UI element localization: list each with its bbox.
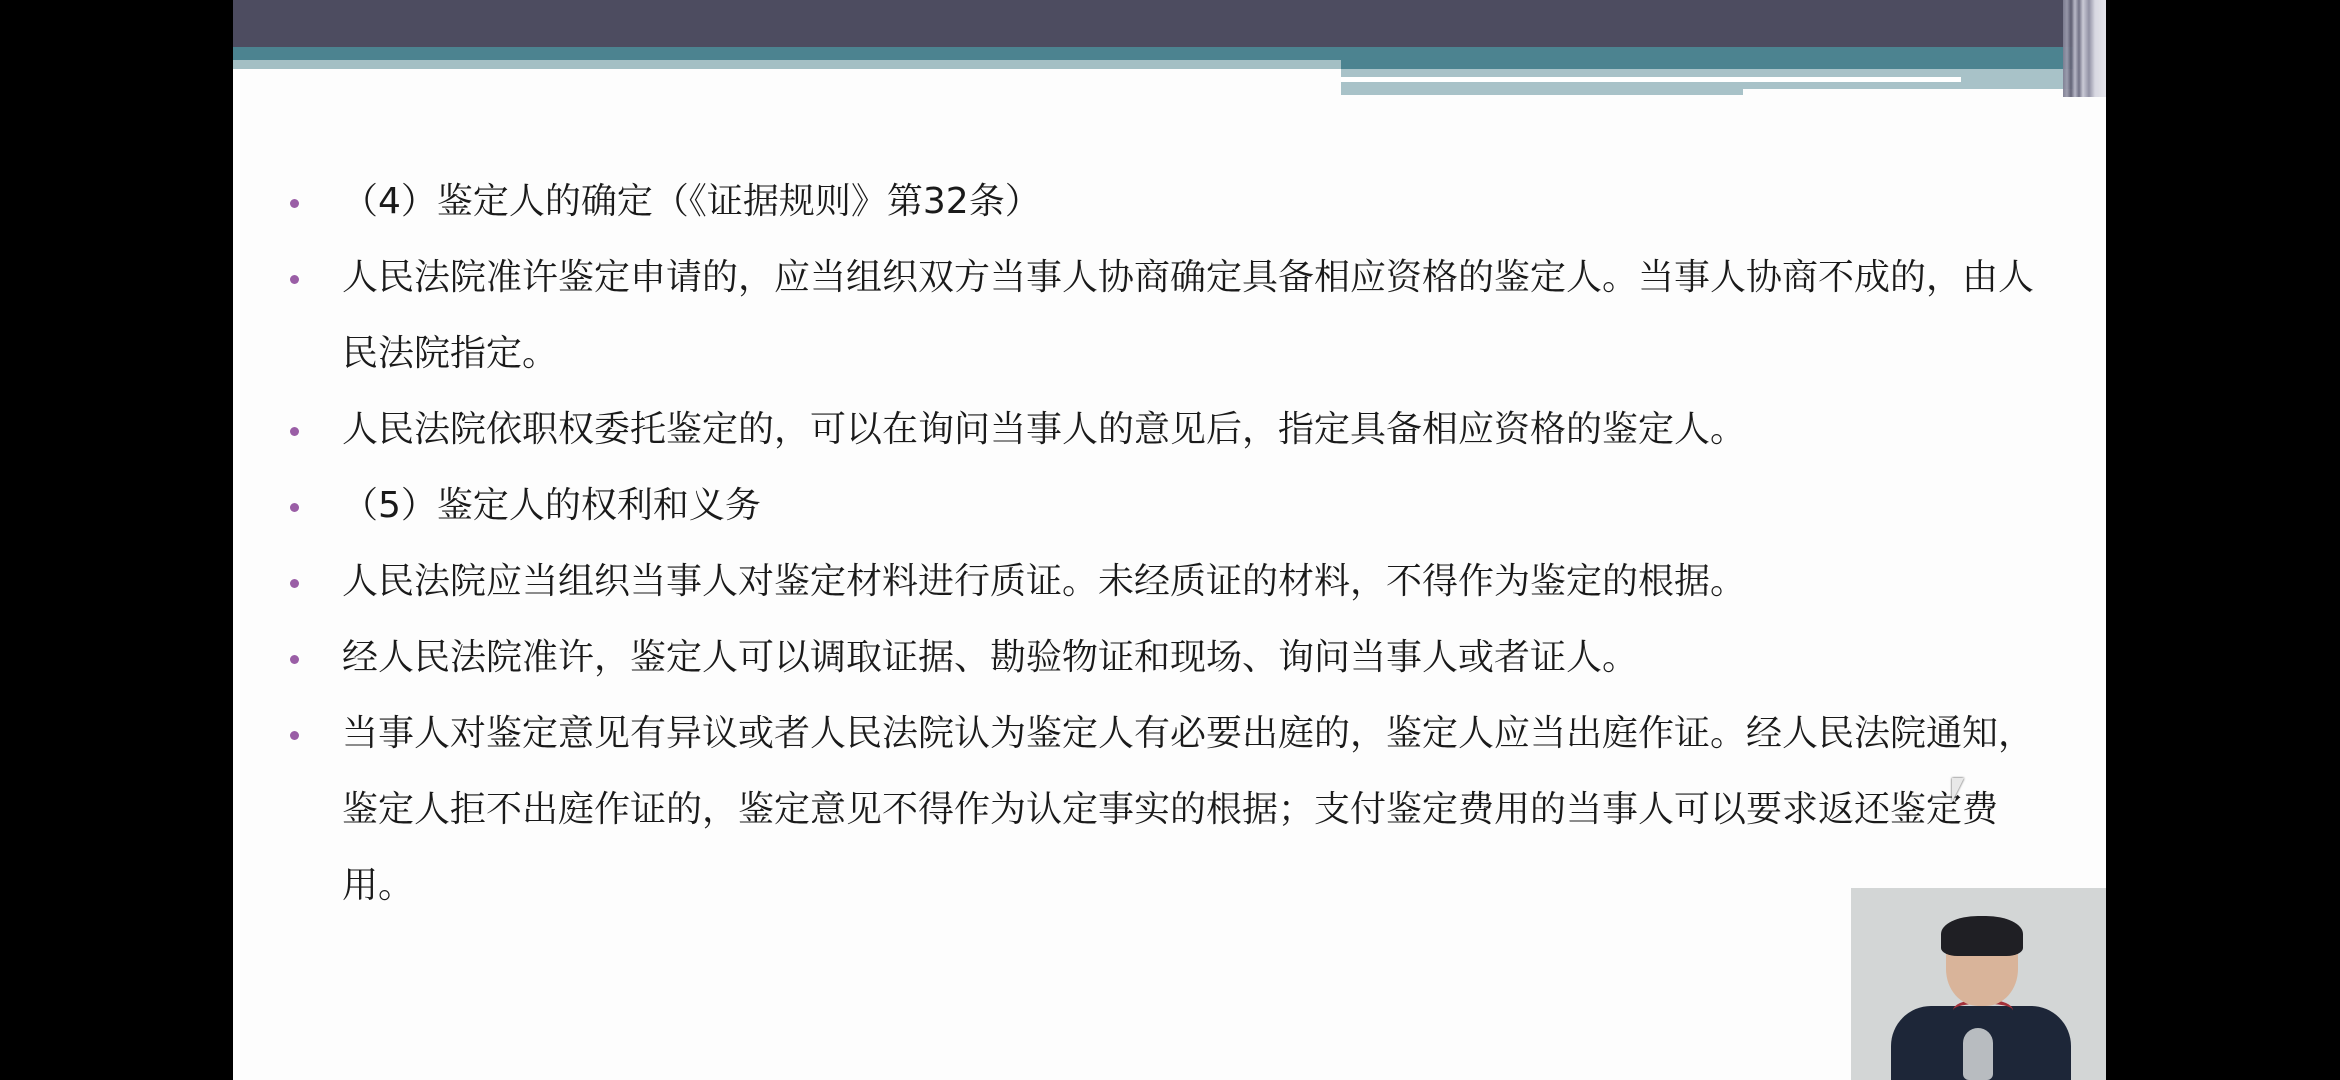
slide-header-edge-stripes xyxy=(2063,0,2106,97)
bullet-dot-icon xyxy=(290,731,299,740)
microphone-icon xyxy=(1963,1028,1993,1080)
slide-bullet-list: （4）鉴定人的确定（《证据规则》第32条） 人民法院准许鉴定申请的，应当组织双方… xyxy=(328,164,2048,924)
bullet-item: 人民法院应当组织当事人对鉴定材料进行质证。未经质证的材料，不得作为鉴定的根据。 xyxy=(328,544,2048,620)
presentation-slide: （4）鉴定人的确定（《证据规则》第32条） 人民法院准许鉴定申请的，应当组织双方… xyxy=(233,0,2106,1080)
bullet-text: 人民法院依职权委托鉴定的，可以在询问当事人的意见后，指定具备相应资格的鉴定人。 xyxy=(328,392,2048,468)
bullet-dot-icon xyxy=(290,503,299,512)
bullet-text: （5）鉴定人的权利和义务 xyxy=(328,468,2048,544)
bullet-item: 当事人对鉴定意见有异议或者人民法院认为鉴定人有必要出庭的，鉴定人应当出庭作证。经… xyxy=(328,696,2048,924)
bullet-dot-icon xyxy=(290,579,299,588)
bullet-item: （4）鉴定人的确定（《证据规则》第32条） xyxy=(328,164,2048,240)
slide-header-white-stripe xyxy=(1341,77,1961,82)
slide-header-cutout xyxy=(1743,89,2073,97)
mouse-cursor-icon xyxy=(1952,778,1964,802)
bullet-dot-icon xyxy=(290,655,299,664)
bullet-dot-icon xyxy=(290,275,299,284)
bullet-text: 经人民法院准许，鉴定人可以调取证据、勘验物证和现场、询问当事人或者证人。 xyxy=(328,620,2048,696)
bullet-text: 人民法院准许鉴定申请的，应当组织双方当事人协商确定具备相应资格的鉴定人。当事人协… xyxy=(328,240,2048,392)
slide-header-band-light-left xyxy=(233,60,1341,69)
presenter-webcam-overlay xyxy=(1851,888,2106,1080)
bullet-item: 人民法院准许鉴定申请的，应当组织双方当事人协商确定具备相应资格的鉴定人。当事人协… xyxy=(328,240,2048,392)
bullet-dot-icon xyxy=(290,199,299,208)
bullet-dot-icon xyxy=(290,427,299,436)
presenter-hair xyxy=(1941,916,2023,956)
bullet-item: 人民法院依职权委托鉴定的，可以在询问当事人的意见后，指定具备相应资格的鉴定人。 xyxy=(328,392,2048,468)
bullet-item: 经人民法院准许，鉴定人可以调取证据、勘验物证和现场、询问当事人或者证人。 xyxy=(328,620,2048,696)
slide-header-band-dark xyxy=(233,0,2073,47)
slide-header-band-teal-right xyxy=(1341,47,2073,69)
bullet-text: 人民法院应当组织当事人对鉴定材料进行质证。未经质证的材料，不得作为鉴定的根据。 xyxy=(328,544,2048,620)
bullet-text: 当事人对鉴定意见有异议或者人民法院认为鉴定人有必要出庭的，鉴定人应当出庭作证。经… xyxy=(328,696,2048,924)
bullet-text: （4）鉴定人的确定（《证据规则》第32条） xyxy=(328,164,2048,240)
bullet-item: （5）鉴定人的权利和义务 xyxy=(328,468,2048,544)
